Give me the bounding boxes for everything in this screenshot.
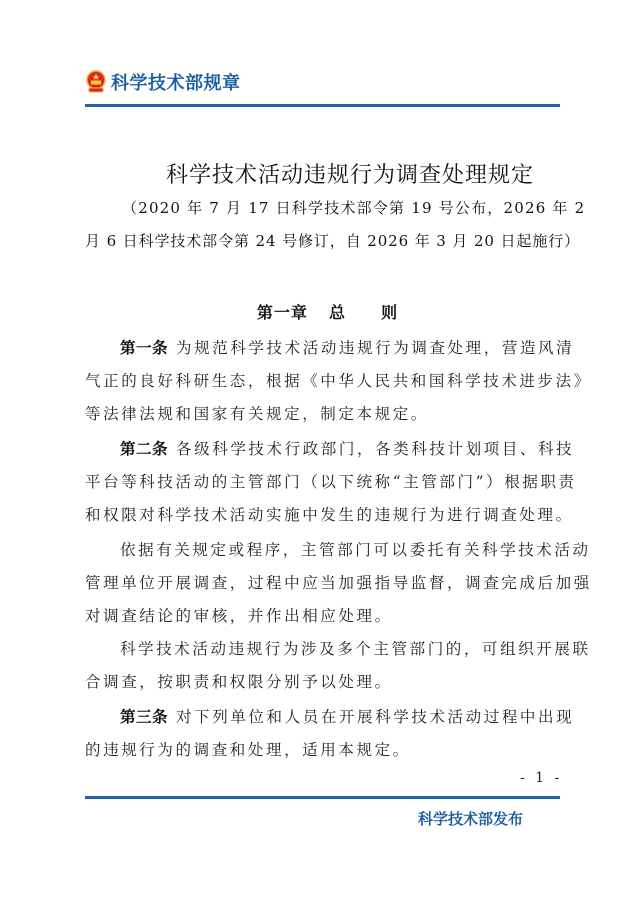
article-3-label: 第三条	[120, 708, 168, 726]
article-2-line-3: 和权限对科学技术活动实施中发生的违规行为进行调查处理。	[85, 503, 565, 525]
article-2-para-2-line-2: 管理单位开展调查，过程中应当加强指导监督，调查完成后加强	[85, 571, 565, 593]
article-2-label: 第二条	[120, 440, 168, 458]
chapter-title-part1: 总	[329, 303, 346, 322]
article-1-label: 第一条	[120, 339, 168, 357]
article-text: 为规范科学技术活动违规行为调查处理，营造风清	[176, 339, 574, 357]
article-text: 各级科学技术行政部门，各类科技计划项目、科技	[176, 440, 574, 458]
article-2-para-3-line-2: 合调查，按职责和权限分别予以处理。	[85, 670, 565, 692]
article-2-para-3-line-1: 科学技术活动违规行为涉及多个主管部门的，可组织开展联	[120, 637, 600, 659]
article-2-para-2-line-3: 对调查结论的审核，并作出相应处理。	[85, 604, 565, 626]
article-1-line-1: 第一条为规范科学技术活动违规行为调查处理，营造风清	[120, 336, 600, 358]
header-title: 科学技术部规章	[111, 69, 241, 95]
header-divider	[85, 104, 560, 107]
article-1-line-3: 等法律法规和国家有关规定，制定本规定。	[85, 402, 565, 424]
article-2-line-2: 平台等科技活动的主管部门（以下统称“主管部门”）根据职责	[85, 470, 565, 492]
article-2-line-1: 第二条各级科学技术行政部门，各类科技计划项目、科技	[120, 437, 600, 459]
page-number: - 1 -	[520, 770, 562, 786]
article-2-para-2-line-1: 依据有关规定或程序，主管部门可以委托有关科学技术活动	[120, 538, 600, 560]
document-header: 科学技术部规章	[85, 66, 241, 98]
footer-divider	[85, 796, 560, 799]
chapter-heading: 第一章 总 则	[0, 300, 640, 323]
chapter-title-part2: 则	[381, 303, 398, 322]
subtitle-line-1: （2020 年 7 月 17 日科学技术部令第 19 号公布，2026 年 2	[122, 197, 602, 218]
national-emblem-icon	[85, 70, 107, 94]
article-text: 对下列单位和人员在开展科学技术活动过程中出现	[176, 708, 574, 726]
article-3-line-2: 的违规行为的调查和处理，适用本规定。	[85, 738, 565, 760]
article-1-line-2: 气正的良好科研生态，根据《中华人民共和国科学技术进步法》	[85, 369, 565, 391]
chapter-number: 第一章	[257, 303, 308, 322]
article-3-line-1: 第三条对下列单位和人员在开展科学技术活动过程中出现	[120, 705, 600, 727]
document-title: 科学技术活动违规行为调查处理规定	[0, 158, 640, 189]
subtitle-line-2: 月 6 日科学技术部令第 24 号修订，自 2026 年 3 月 20 日起施行…	[85, 230, 565, 251]
publisher-label: 科学技术部发布	[418, 808, 523, 829]
